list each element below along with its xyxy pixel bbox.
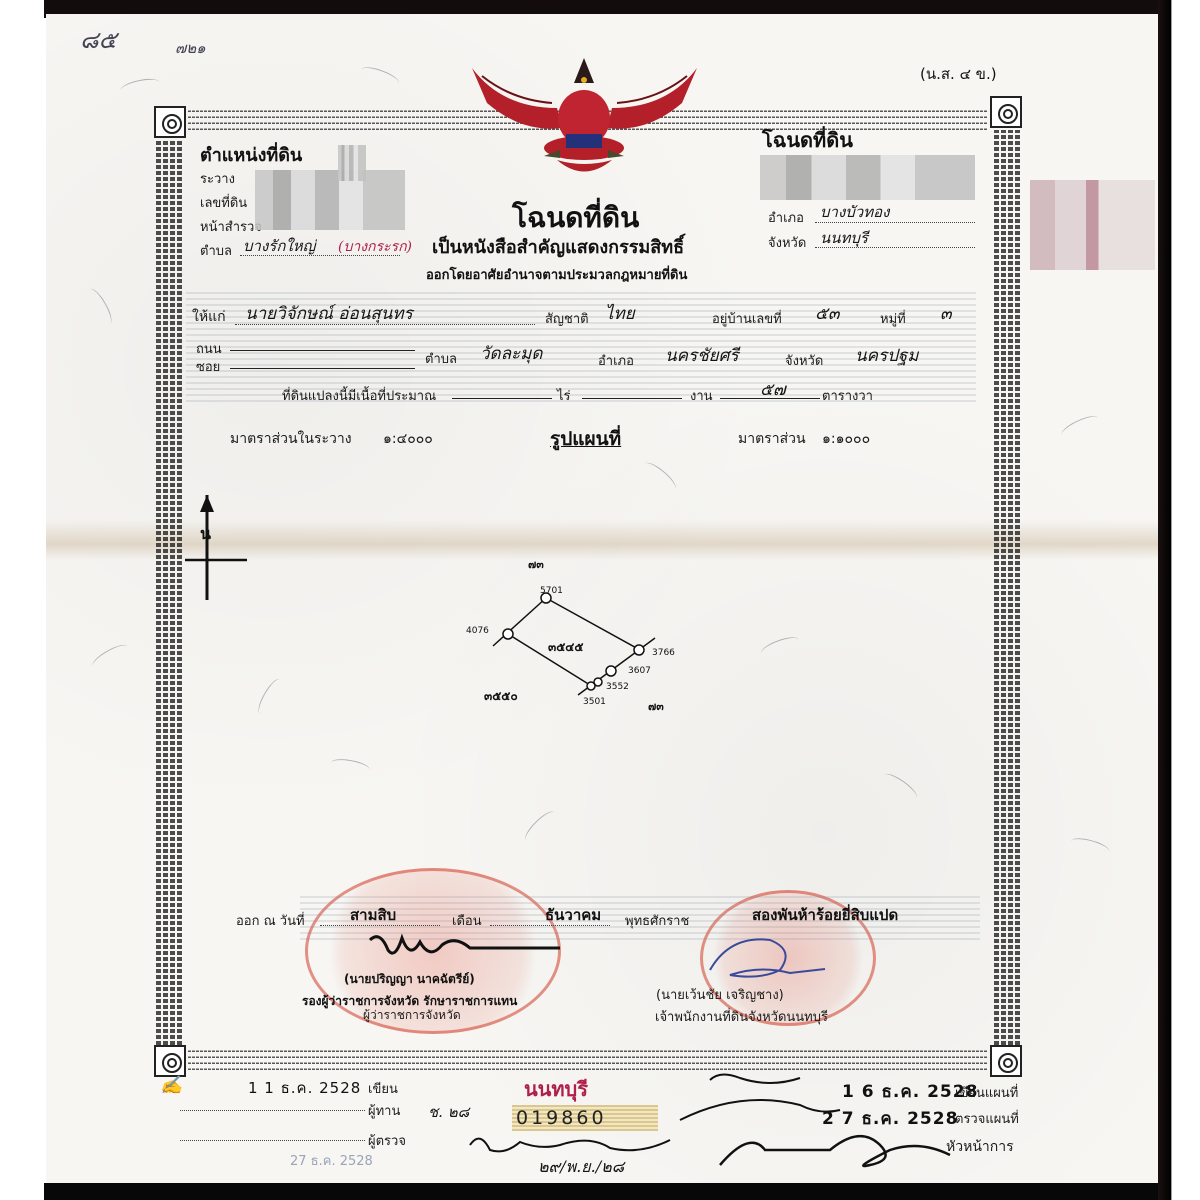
verifier-label: ผู้ตรวจ xyxy=(368,1130,406,1151)
marker-label: 3766 xyxy=(652,648,675,658)
border-pattern-left xyxy=(156,140,184,1045)
nationality-value: ไทย xyxy=(605,300,635,327)
initials-signature: ✍ xyxy=(160,1075,182,1096)
dotted-line xyxy=(180,1110,365,1111)
nationality-label: สัญชาติ xyxy=(545,308,589,329)
margin-note-2: ๗๒๑ xyxy=(175,36,206,60)
land-location-heading: ตำแหน่งที่ดิน xyxy=(200,140,302,169)
redacted-region xyxy=(338,145,366,181)
garuda-emblem-icon xyxy=(462,48,707,183)
signature-footer-center xyxy=(470,1130,670,1160)
written-date: 1 1 ธ.ค. 2528 xyxy=(248,1076,361,1100)
rai-label: ไร่ xyxy=(557,385,571,406)
field-value-province-right: นนทบุรี xyxy=(820,226,868,250)
marker-label: 3607 xyxy=(628,666,651,676)
ngan-label: งาน xyxy=(690,385,713,406)
sqwa-value: ๕๗ xyxy=(760,376,786,403)
soi-blank-line xyxy=(230,368,415,369)
border-corner-ornament xyxy=(154,106,186,138)
field-label-sheet: ระวาง xyxy=(200,168,235,189)
marker-label: 3552 xyxy=(606,682,629,692)
border-corner-ornament xyxy=(990,1045,1022,1077)
issue-year: สองพันห้าร้อยยี่สิบแปด xyxy=(752,903,898,927)
border-pattern-bottom xyxy=(188,1046,988,1070)
field-value-tambon: บางรักใหญ่ xyxy=(243,234,315,258)
tambon-label: ตำบล xyxy=(425,348,457,369)
month-label: เดือน xyxy=(452,910,482,931)
field-note-tambon: (บางกระรก) xyxy=(338,236,412,258)
rai-blank-line xyxy=(452,398,552,399)
north-arrow-icon xyxy=(185,490,255,600)
map-written-label: เขียนแผนที่ xyxy=(955,1082,1018,1103)
province-value: นครปฐม xyxy=(855,342,919,369)
moo-label: หมู่ที่ xyxy=(880,308,906,329)
serial-number: 019860 xyxy=(512,1105,658,1131)
road-blank-line xyxy=(230,350,415,351)
field-value-amphoe-right: บางบัวทอง xyxy=(820,200,889,224)
sqwa-label: ตารางวา xyxy=(822,385,873,406)
field-label-province-right: จังหวัด xyxy=(768,232,806,253)
parcel-map xyxy=(400,540,720,720)
soi-label: ซอย xyxy=(196,356,220,377)
year-label: พุทธศักราช xyxy=(625,910,689,931)
north-label: น xyxy=(200,522,211,547)
border-corner-ornament xyxy=(990,96,1022,128)
subtitle: เป็นหนังสือสำคัญแสดงกรรมสิทธิ์ xyxy=(432,232,684,261)
signature-land-officer xyxy=(700,935,830,985)
signature-map-writer xyxy=(680,1070,840,1130)
province-label: จังหวัด xyxy=(785,350,823,371)
parcel-number: ๓๕๔๕ xyxy=(548,638,583,657)
issue-day: สามสิบ xyxy=(350,903,396,927)
book-code: ช. ๒๘ xyxy=(428,1100,469,1124)
redacted-region xyxy=(255,170,405,230)
sheet-scale-label: มาตราส่วนในระวาง xyxy=(230,428,352,450)
signatory-1-title-2: ผู้ว่าราชการจังหวัด xyxy=(363,1006,461,1025)
owner-name: นายวิจักษณ์ อ่อนสุนทร xyxy=(245,300,413,327)
redacted-region xyxy=(1030,180,1155,270)
marker-label: 5701 xyxy=(540,586,563,596)
issued-by-line: ออกโดยอาศัยอำนาจตามประมวลกฎหมายที่ดิน xyxy=(426,264,687,285)
redacted-region xyxy=(760,155,975,200)
signatory-2-name: (นายเว้นชัย เจริญชาง) xyxy=(656,984,784,1005)
moo-value: ๓ xyxy=(940,300,952,327)
margin-note-1: ๘๕ xyxy=(80,20,117,59)
form-code: (น.ส. ๔ ข.) xyxy=(920,62,997,86)
house-no-label: อยู่บ้านเลขที่ xyxy=(712,308,782,329)
issue-month: ธันวาคม xyxy=(545,903,601,927)
given-to-label: ให้แก่ xyxy=(192,306,226,328)
signature-governor xyxy=(370,930,560,970)
ngan-blank-line xyxy=(582,398,682,399)
scan-edge-right xyxy=(1158,0,1180,1200)
stamp-date-faded: 27 ธ.ค. 2528 xyxy=(290,1150,373,1171)
signatory-2-title: เจ้าพนักงานที่ดินจังหวัดนนทบุรี xyxy=(655,1006,828,1027)
border-pattern-right xyxy=(994,130,1022,1045)
sheet-scale-value: ๑:๔๐๐๐ xyxy=(383,428,433,450)
map-scale-label: มาตราส่วน xyxy=(738,428,806,450)
field-label-parcel-no: เลขที่ดิน xyxy=(200,192,247,213)
marker-label: 3501 xyxy=(583,697,606,707)
map-title: รูปแผนที่ xyxy=(550,424,621,454)
deed-heading-right: โฉนดที่ดิน xyxy=(762,124,853,156)
tambon-value: วัดละมุด xyxy=(480,340,542,367)
amphoe-value: นครชัยศรี xyxy=(665,342,739,369)
issued-date-label: ออก ณ วันที่ xyxy=(236,910,305,931)
field-label-amphoe-right: อำเภอ xyxy=(768,207,804,228)
scan-edge-bottom xyxy=(44,1183,1179,1200)
province-name-red: นนทบุรี xyxy=(524,1073,588,1105)
marker-label: 4076 xyxy=(466,626,489,636)
head-label: หัวหน้าการ xyxy=(946,1136,1014,1158)
checker-label: ผู้ทาน xyxy=(368,1100,400,1121)
amphoe-label: อำเภอ xyxy=(598,350,634,371)
map-neighbor-bottom: ๗๓ xyxy=(648,697,664,715)
border-corner-ornament xyxy=(154,1045,186,1077)
area-prefix: ที่ดินแปลงนี้มีเนื้อที่ประมาณ xyxy=(282,385,436,406)
written-label: เขียน xyxy=(368,1078,398,1099)
map-checked-label: ตรวจแผนที่ xyxy=(955,1108,1019,1129)
map-neighbor-top: ๗๓ xyxy=(528,555,544,573)
map-neighbor-parcel: ๓๕๕๐ xyxy=(484,687,518,706)
signatory-1-name: (นายปริญญา นาคฉัตรีย์) xyxy=(344,970,475,989)
house-no-value: ๕๓ xyxy=(815,300,840,327)
signature-head-officer xyxy=(720,1125,950,1175)
dotted-line xyxy=(180,1140,365,1141)
map-scale-value: ๑:๑๐๐๐ xyxy=(822,428,870,450)
field-label-tambon: ตำบล xyxy=(200,240,232,261)
